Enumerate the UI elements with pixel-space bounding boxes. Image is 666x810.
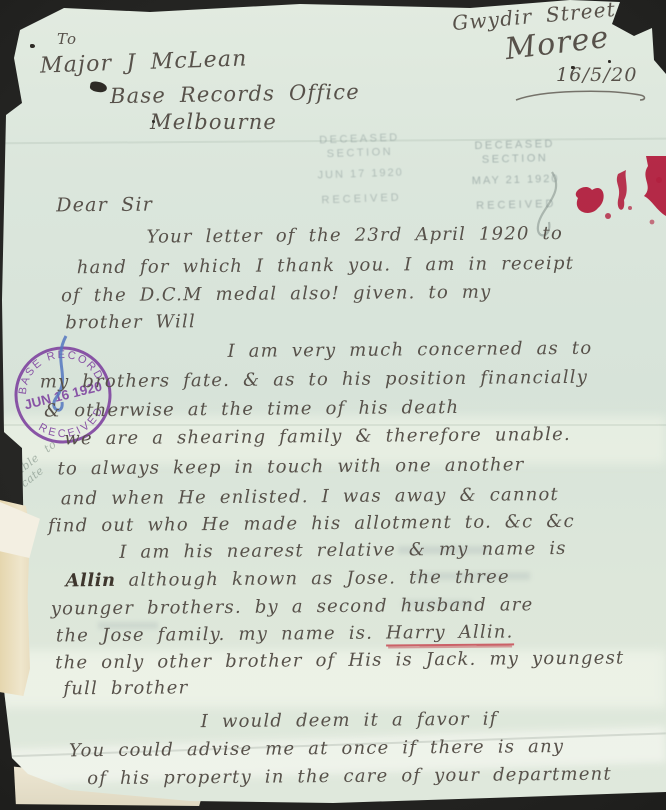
letter-line: I am very much concerned as to — [227, 338, 592, 362]
letter-line: You could advise me at once if there is … — [69, 736, 564, 761]
letter-line: find out who He made his allotment to. &… — [48, 511, 575, 537]
letter-line: hand for which I thank you. I am in rece… — [77, 253, 574, 278]
surname-allin-overwritten: Allin — [65, 570, 115, 591]
salutation: Dear Sir — [56, 194, 153, 217]
letter-paper: Gwydir Street Moree 16/5/20 To Major J M… — [0, 0, 666, 810]
scanned-letter-page: { "header": { "address_line1": "Gwydir S… — [0, 0, 666, 810]
letter-line: of his property in the care of your depa… — [87, 764, 612, 790]
letter-line: we are a shearing family & therefore una… — [64, 424, 571, 449]
letter-line: full brother — [63, 677, 188, 699]
letter-line: Allin although known as Jose. the three — [65, 566, 509, 591]
letter-line: I am his nearest relative & my name is — [119, 538, 567, 563]
letter-line-rest: although known as Jose. the three — [116, 566, 510, 590]
letter-line: younger brothers. by a second husband ar… — [51, 594, 534, 619]
letter-line: of the D.C.M medal also! given. to my — [61, 282, 492, 307]
letter-line: brother Will — [65, 311, 196, 333]
letter-line: Your letter of the 23rd April 1920 to — [146, 223, 563, 248]
letter-line: I would deem it a favor if — [201, 709, 498, 733]
letter-line: to always keep in touch with one another — [57, 454, 524, 479]
letter-line: & otherwise at the time of his death — [44, 397, 459, 422]
name-harry-allin-underlined: Harry Allin. — [386, 621, 514, 646]
letter-line: and when He enlisted. I was away & canno… — [61, 484, 559, 509]
letter-line: my brothers fate. & as to his position f… — [40, 367, 588, 393]
letter-line: the only other brother of His is Jack. m… — [55, 647, 624, 673]
letter-body: Dear Sir Your letter of the 23rd April 1… — [0, 0, 666, 810]
letter-line-pre: the Jose family. my name is. — [56, 623, 386, 647]
letter-line: the Jose family. my name is. Harry Allin… — [56, 621, 514, 646]
